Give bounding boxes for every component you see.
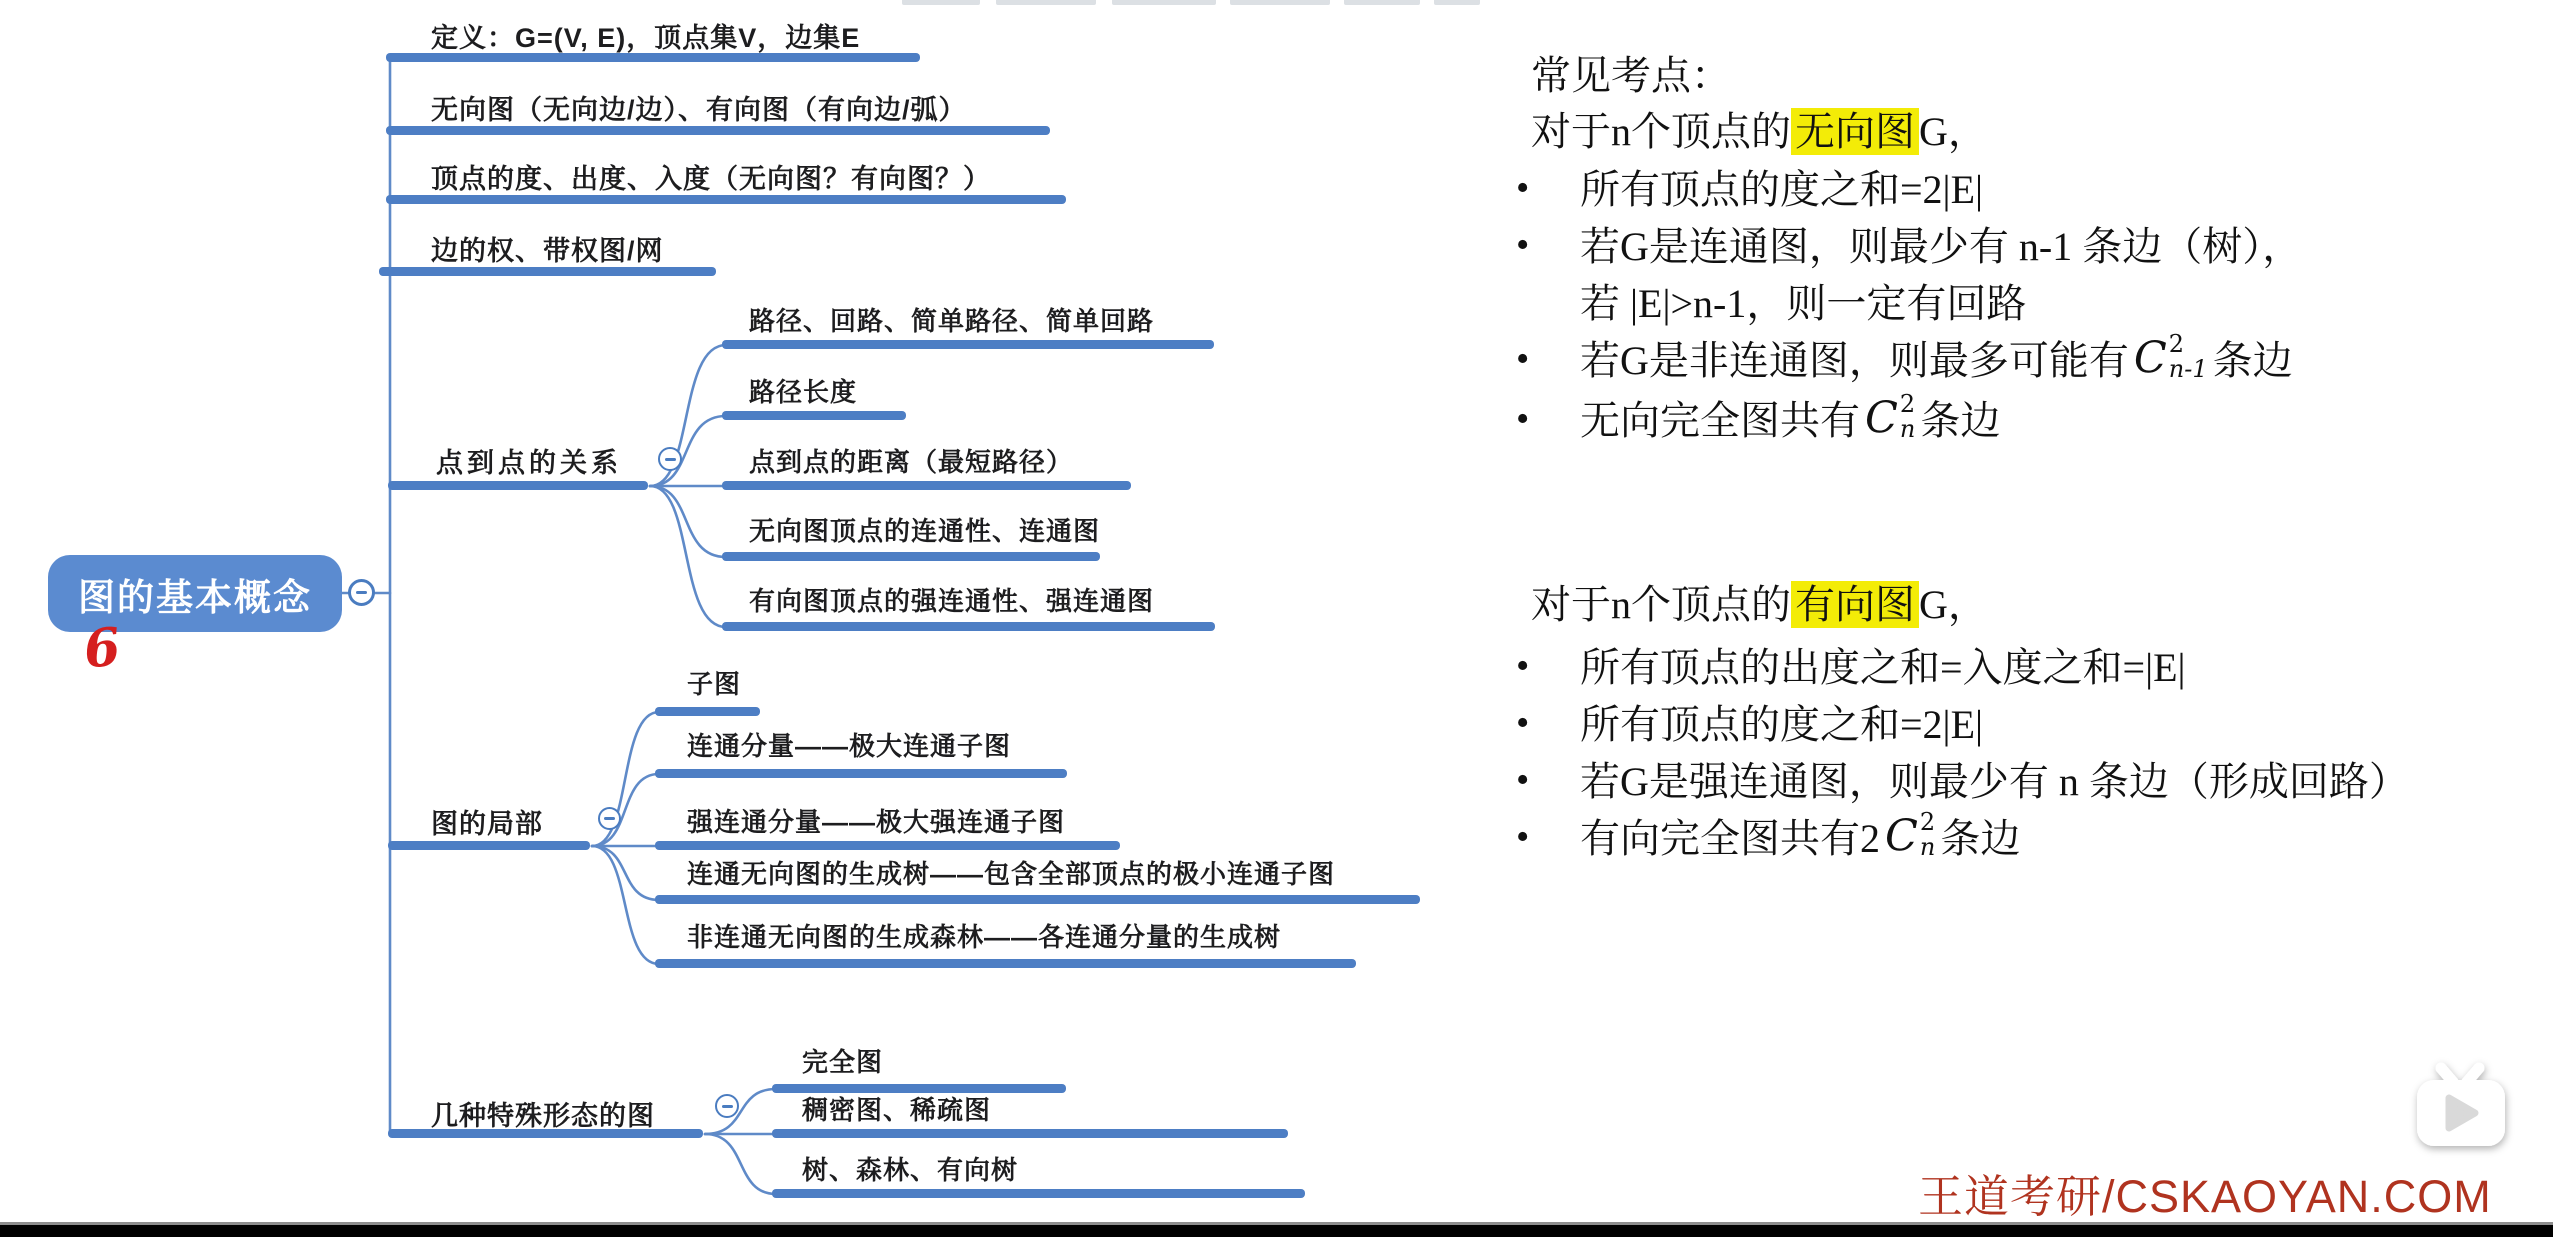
bullet-icon: • [1516, 397, 1580, 443]
connector-lines [0, 0, 2553, 1237]
node-underline [655, 769, 1067, 778]
bullet-icon: • [1516, 815, 1580, 861]
node-underline [655, 707, 760, 716]
notes-s1-bullet-4: •无向完全图共有 C2n 条边 [1516, 397, 2000, 447]
notes-heading: 常见考点： [1531, 52, 1731, 100]
notes-s2-bullet-3: •若G是强连通图，则最少有 n 条边（形成回路） [1516, 758, 2409, 806]
node-degree[interactable]: 顶点的度、出度、入度（无向图？有向图？） [431, 157, 991, 196]
node-undirected-connectivity[interactable]: 无向图顶点的连通性、连通图 [749, 511, 1100, 548]
handwritten-annotation: 6 [81, 616, 123, 680]
notes-s1-intro: 对于n个顶点的无向图G， [1531, 108, 1988, 156]
node-underline [655, 841, 1120, 850]
node-strong-component[interactable]: 强连通分量——极大强连通子图 [687, 802, 1065, 839]
bullet-icon: • [1516, 223, 1580, 269]
bullet-icon: • [1516, 166, 1580, 212]
collapse-icon[interactable] [598, 807, 621, 830]
bullet-icon: • [1516, 758, 1580, 804]
node-weight[interactable]: 边的权、带权图/网 [431, 229, 664, 268]
highlight-directed: 有向图 [1791, 581, 1919, 628]
highlight-undirected: 无向图 [1791, 108, 1919, 155]
top-edge-fragment [1434, 0, 1480, 5]
node-tree-forest[interactable]: 树、森林、有向树 [802, 1150, 1018, 1187]
node-connected-component[interactable]: 连通分量——极大连通子图 [687, 726, 1011, 763]
node-definition[interactable]: 定义：G=(V, E)，顶点集V，边集E [431, 16, 860, 55]
formula-c-n-2: C2n [1865, 397, 1915, 447]
watermark: 王道考研/CSKAOYAN.COM [1918, 1160, 2492, 1225]
bullet-icon: • [1516, 337, 1580, 383]
top-edge-fragment [902, 0, 980, 5]
node-path-circuit[interactable]: 路径、回路、简单路径、简单回路 [749, 301, 1154, 338]
notes-s1-bullet-1: •所有顶点的度之和=2|E| [1516, 166, 1983, 214]
top-edge-fragment [1112, 0, 1216, 5]
top-edge-fragment [996, 0, 1096, 5]
node-underline [722, 552, 1100, 561]
collapse-icon[interactable] [658, 447, 682, 471]
node-underline [388, 481, 648, 490]
node-underline [772, 1129, 1288, 1138]
top-edge-fragment [1344, 0, 1420, 5]
collapse-icon[interactable] [715, 1094, 739, 1118]
notes-s1-bullet-2-line2: 若 |E|>n-1，则一定有回路 [1580, 280, 2026, 328]
node-graph-types[interactable]: 无向图（无向边/边）、有向图（有向边/弧） [431, 88, 967, 127]
notes-s2-bullet-2: •所有顶点的度之和=2|E| [1516, 701, 1983, 749]
notes-s2-bullet-4: •有向完全图共有2 C2n 条边 [1516, 815, 2020, 865]
node-underline [655, 895, 1420, 904]
notes-s1-bullet-2: •若G是连通图，则最少有 n-1 条边（树）， [1516, 223, 2302, 271]
node-underline [379, 267, 716, 276]
formula-c-n-2: C2n [1885, 815, 1935, 865]
top-edge-fragment [1230, 0, 1330, 5]
node-distance[interactable]: 点到点的距离（最短路径） [749, 442, 1073, 479]
notes-s2-bullet-1: •所有顶点的出度之和=入度之和=|E| [1516, 644, 2186, 692]
mindmap-canvas: 图的基本概念 6 定义：G=(V, E)，顶点集V，边集E 无向图（无向边/边）… [0, 0, 2553, 1237]
node-underline [722, 622, 1215, 631]
node-graph-local[interactable]: 图的局部 [431, 802, 543, 841]
node-underline [722, 411, 906, 420]
node-spanning-forest[interactable]: 非连通无向图的生成森林——各连通分量的生成树 [687, 917, 1281, 954]
collapse-icon[interactable] [348, 579, 375, 606]
formula-c-n-1-2: C2n-1 [2134, 337, 2208, 387]
node-underline [386, 126, 1050, 135]
node-underline [722, 340, 1214, 349]
bullet-icon: • [1516, 701, 1580, 747]
node-underline [388, 841, 590, 850]
notes-s1-bullet-3: •若G是非连通图，则最多可能有 C2n-1 条边 [1516, 337, 2293, 387]
node-spanning-tree[interactable]: 连通无向图的生成树——包含全部顶点的极小连通子图 [687, 854, 1335, 891]
node-subgraph[interactable]: 子图 [687, 664, 741, 701]
node-strong-connectivity[interactable]: 有向图顶点的强连通性、强连通图 [749, 581, 1154, 618]
node-path-length[interactable]: 路径长度 [749, 372, 857, 409]
node-underline [386, 195, 1066, 204]
bullet-icon: • [1516, 644, 1580, 690]
node-complete-graph[interactable]: 完全图 [802, 1042, 883, 1079]
tv-play-icon [2403, 1050, 2553, 1175]
node-underline [772, 1189, 1305, 1198]
root-label: 图的基本概念 [78, 567, 312, 621]
letterbox-bar [0, 1222, 2553, 1237]
node-underline [722, 481, 1131, 490]
node-point-to-point[interactable]: 点到点的关系 [436, 441, 622, 480]
node-special-graphs[interactable]: 几种特殊形态的图 [431, 1094, 655, 1133]
node-underline [655, 959, 1356, 968]
node-dense-sparse[interactable]: 稠密图、稀疏图 [802, 1090, 991, 1127]
notes-s2-intro: 对于n个顶点的有向图G， [1531, 581, 1988, 629]
